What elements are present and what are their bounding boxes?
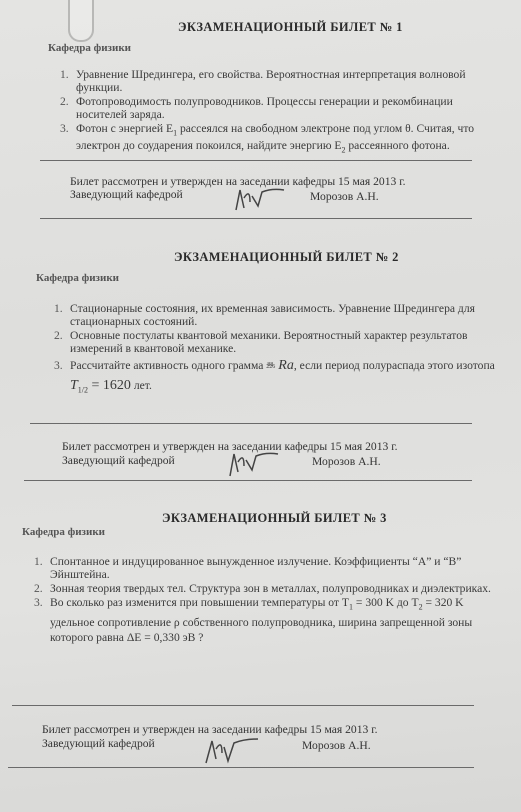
divider-line	[30, 423, 472, 424]
question-item: 1.Спонтанное и индуцированное вынужденно…	[34, 555, 504, 582]
divider-line	[8, 767, 474, 768]
department-label: Кафедра физики	[36, 272, 119, 284]
ticket-title: ЭКЗАМЕНАЦИОННЫЙ БИЛЕТ № 1	[178, 20, 403, 35]
head-label: Заведующий кафедрой	[42, 737, 155, 750]
department-label: Кафедра физики	[22, 526, 105, 538]
paperclip	[68, 0, 94, 42]
question-list: 1.Спонтанное и индуцированное вынужденно…	[34, 555, 504, 645]
question-item: 2.Зонная теория твердых тел. Структура з…	[34, 582, 504, 595]
head-label: Заведующий кафедрой	[70, 188, 183, 201]
department-label: Кафедра физики	[48, 42, 131, 54]
ticket-title: ЭКЗАМЕНАЦИОННЫЙ БИЛЕТ № 2	[174, 250, 399, 265]
signature	[222, 448, 282, 478]
head-name: Морозов А.Н.	[312, 455, 381, 468]
question-item: 3.Рассчитайте активность одного грамма 2…	[54, 356, 514, 400]
signature	[228, 184, 288, 214]
head-label: Заведующий кафедрой	[62, 454, 175, 467]
question-item: 2.Основные постулаты квантовой механики.…	[54, 329, 514, 356]
question-list: 1.Стационарные состояния, их временная з…	[54, 302, 514, 400]
question-item: 3.Фотон с энергией E1 рассеялся на свобо…	[60, 122, 500, 157]
isotope-notation: 22688	[266, 359, 278, 373]
question-item: 2.Фотопроводимость полупроводников. Проц…	[60, 95, 500, 122]
question-item: 3.Во сколько раз изменится при повышении…	[34, 595, 504, 644]
question-list: 1.Уравнение Шредингера, его свойства. Ве…	[60, 68, 500, 157]
question-item: 1.Уравнение Шредингера, его свойства. Ве…	[60, 68, 500, 95]
divider-line	[40, 218, 472, 219]
signature	[200, 735, 260, 765]
divider-line	[12, 705, 474, 706]
question-item: 1.Стационарные состояния, их временная з…	[54, 302, 514, 329]
divider-line	[24, 480, 472, 481]
ticket-title: ЭКЗАМЕНАЦИОННЫЙ БИЛЕТ № 3	[162, 511, 387, 526]
head-name: Морозов А.Н.	[310, 190, 379, 203]
head-name: Морозов А.Н.	[302, 739, 371, 752]
divider-line	[40, 160, 472, 161]
